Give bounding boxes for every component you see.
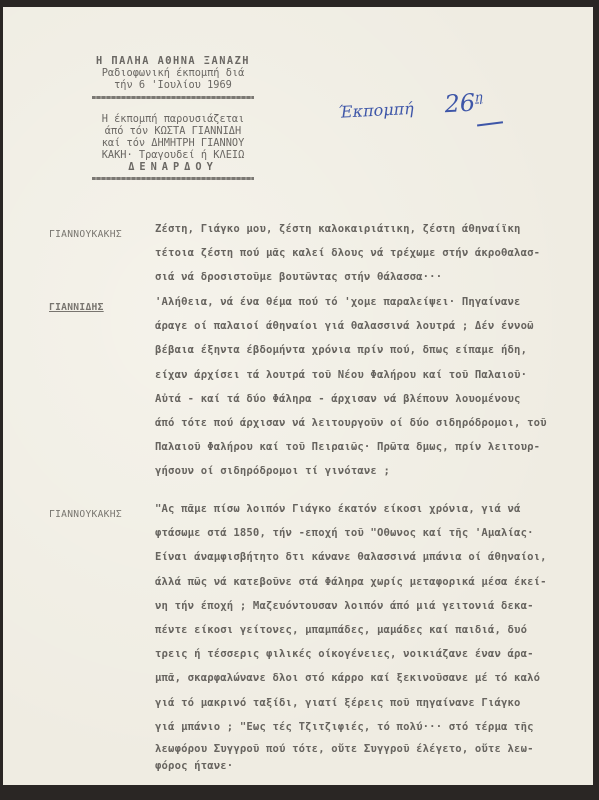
broadcast-subtitle-1: Ραδιοφωνική έκπομπή διά xyxy=(88,67,258,79)
broadcast-date: τήν 6 'Ιουλίου 1969 xyxy=(88,79,258,91)
dialogue-line: άλλά πῶς νά κατεβοῦνε στά Φάληρα χωρίς μ… xyxy=(155,570,595,594)
dialogue-line: Παλαιοῦ Φαλήρου καί τοῦ Πειραιῶς· Πρῶτα … xyxy=(155,435,595,459)
dialogue-block: "Ας πᾶμε πίσω λοιπόν Γιάγκο έκατόν είκοσ… xyxy=(155,497,595,773)
speaker-label: ΓΙΑΝΝΟΥΚΑΚΗΣ xyxy=(49,229,122,240)
dialogue-line: πέντε είκοσι γείτονες, μπαμπάδες, μαμάδε… xyxy=(155,618,595,642)
dialogue-line: λεωφόρου Συγγροῦ πού τότε, οὔτε Συγγροῦ … xyxy=(155,739,595,759)
dialogue-line: σιά νά δροσιστοῦμε βουτῶντας στήν θάλασσ… xyxy=(155,265,595,289)
handwritten-label: Έκπομπή xyxy=(338,99,414,122)
handwritten-episode-note: Έκπομπή 26η xyxy=(337,88,483,124)
dialogue-line: φτάσωμε στά 1850, τήν -εποχή τοῦ "Οθωνος… xyxy=(155,521,595,545)
handwritten-episode-number: 26η xyxy=(444,88,484,118)
divider-top xyxy=(92,96,254,99)
document-page: Η ΠΑΛΗΑ ΑΘΗΝΑ ΞΑΝΑΖΗ Ραδιοφωνική έκπομπή… xyxy=(3,7,593,785)
dialogue-line: νη τήν έποχή ; Μαζευόντουσαν λοιπόν άπό … xyxy=(155,594,595,618)
dialogue-line: γιά τό μακρινό ταξίδι, γιατί ξέρεις ποῦ … xyxy=(155,691,595,715)
dialogue-line: 'Αλήθεια, νά ένα θέμα πού τό 'χομε παραλ… xyxy=(155,290,595,314)
speaker-label: ΓΙΑΝΝΟΥΚΑΚΗΣ xyxy=(49,509,122,520)
dialogue-block: Ζέστη, Γιάγκο μου, ζέστη καλοκαιριάτικη,… xyxy=(155,217,595,290)
credits-block: Η έκπομπή παρουσιάζεται άπό τόν ΚΩΣΤΑ ΓΙ… xyxy=(88,113,258,173)
credits-line: ΚΑΚΗ· Τραγουδεί ή ΚΛΕΙΩ xyxy=(88,149,258,161)
divider-bottom xyxy=(92,177,254,180)
dialogue-line: φόρος ήτανε· xyxy=(155,759,595,773)
dialogue-block: 'Αλήθεια, νά ένα θέμα πού τό 'χομε παραλ… xyxy=(155,290,595,484)
dialogue-line: Ζέστη, Γιάγκο μου, ζέστη καλοκαιριάτικη,… xyxy=(155,217,595,241)
credits-line: καί τόν ΔΗΜΗΤΡΗ ΓΙΑΝΝΟΥ xyxy=(88,137,258,149)
title-block: Η ΠΑΛΗΑ ΑΘΗΝΑ ΞΑΝΑΖΗ Ραδιοφωνική έκπομπή… xyxy=(88,55,258,180)
dialogue-line: τέτοια ζέστη πού μᾶς καλεί δλους νά τρέχ… xyxy=(155,241,595,265)
dialogue-line: βέβαια έξηντα έβδομήντα χρόνια πρίν πού,… xyxy=(155,338,595,362)
dialogue-line: μπᾶ, σκαρφαλώνανε δλοι στό κάρρο καί ξεκ… xyxy=(155,666,595,690)
speaker-label: ΓΙΑΝΝΙΔΗΣ xyxy=(49,302,104,313)
credits-line: άπό τόν ΚΩΣΤΑ ΓΙΑΝΝΙΔΗ xyxy=(88,125,258,137)
dialogue-line: γήσουν οί σιδηρόδρομοι τί γινότανε ; xyxy=(155,459,595,483)
credits-line: Η έκπομπή παρουσιάζεται xyxy=(88,113,258,125)
dialogue-line: τρεις ή τέσσερις φιλικές οίκογένειες, νο… xyxy=(155,642,595,666)
credits-line: ΔΕΝΑΡΔΟΥ xyxy=(88,161,258,173)
dialogue-line: είχαν άρχίσει τά λουτρά τοῦ Νέου Φαλήρου… xyxy=(155,363,595,387)
dialogue-line: άπό τότε πού άρχισαν νά λειτουργοῦν οί δ… xyxy=(155,411,595,435)
program-title: Η ΠΑΛΗΑ ΑΘΗΝΑ ΞΑΝΑΖΗ xyxy=(88,55,258,67)
handwritten-underline xyxy=(477,121,503,126)
dialogue-line: "Ας πᾶμε πίσω λοιπόν Γιάγκο έκατόν είκοσ… xyxy=(155,497,595,521)
dialogue-line: Αὐτά - καί τά δύο Φάληρα - άρχισαν νά βλ… xyxy=(155,387,595,411)
dialogue-line: άραγε οί παλαιοί άθηναίοι γιά θαλασσινά … xyxy=(155,314,595,338)
dialogue-line: γιά μπάνιο ; "Εως τές Τζιτζιφιές, τό πολ… xyxy=(155,715,595,739)
dialogue-line: Είναι άναμφισβήτητο δτι κάνανε θαλασσινά… xyxy=(155,545,595,569)
